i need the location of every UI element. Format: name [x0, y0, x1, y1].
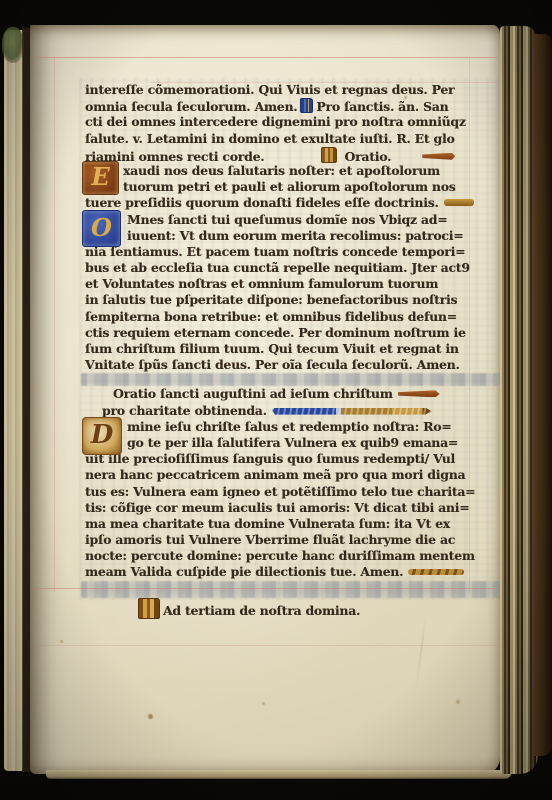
line-text: pro charitate obtinenda. [102, 403, 267, 418]
line-text: intereſſe cõmemorationi. Qui Viuis et re… [85, 82, 454, 97]
illuminated-initial-E: E [82, 161, 119, 195]
text-line: bus et ab eccleſia tua cunctã repelle ne… [85, 260, 499, 276]
text-line: iuuent: Vt dum eorum merita recolimus: p… [85, 228, 499, 244]
text-line: ſempiterna bona retribue: et omnibus fid… [85, 309, 499, 325]
line-text: ma mea charitate tua domine Vulnerata ſu… [85, 516, 450, 531]
line-text: omnia ſecula ſeculorum. Amen. [85, 99, 297, 114]
line-text: Oratio ſancti auguſtini ad ieſum chriſtu… [113, 386, 393, 401]
text-line: ipſo amoris tui Vulnere Vberrime fluãt l… [85, 532, 499, 548]
text-block: intereſſe cõmemorationi. Qui Viuis et re… [85, 82, 499, 614]
show-through-band [81, 581, 503, 598]
line-filler-bluegold [272, 408, 432, 415]
line-text: iuuent: Vt dum eorum merita recolimus: p… [127, 228, 463, 243]
text-line: riamini omnes recti corde. Oratio. [85, 147, 499, 163]
text-line: Mnes ſancti tui queſumus domĩe nos Vbiqz… [85, 212, 499, 228]
text-line: tis: cõfige cor meum iaculis tui amoris:… [85, 500, 499, 516]
text-line: in ſalutis tue pſperitate diſpone: benef… [85, 292, 499, 308]
ruling-line [34, 588, 497, 589]
paragraph-mark-gold-icon [321, 147, 337, 163]
text-line: mine ieſu chriſte ſalus et redemptio noſ… [85, 419, 499, 435]
leather-cover-edge [534, 34, 552, 756]
text-line: Vnitate ſpũs ſancti deus. Per oĩa ſecula… [85, 357, 499, 373]
line-filler-rust [398, 390, 440, 397]
line-text: ſum chriſtum filium tuum. Qui tecum Viui… [85, 341, 459, 356]
line-text: tus es: Vulnera eam igneo et potẽtiſſimo… [85, 484, 475, 499]
text-line: pro charitate obtinenda. [85, 403, 499, 419]
line-text: Vnitate ſpũs ſancti deus. Per oĩa ſecula… [85, 357, 460, 372]
endband-green [2, 27, 24, 63]
text-line: et Voluntates noſtras et omnium famuloru… [85, 276, 499, 292]
paragraph-mark-blue-icon [300, 98, 313, 113]
ruling-line [54, 57, 55, 592]
text-line: tus es: Vulnera eam igneo et potẽtiſſimo… [85, 484, 499, 500]
fore-edge-page-stack [500, 26, 538, 774]
gutter-page-edges [4, 30, 23, 771]
show-through-band [81, 373, 503, 386]
line-text: tuere preſidiis quorum donaſti fideles e… [85, 195, 439, 210]
text-line: nia ſentiamus. Et pacem tuam noſtris con… [85, 244, 499, 260]
line-text: cti dei omnes intercedere dignemini pro … [85, 114, 466, 129]
text-line: ctis requiem eternam concede. Per dominu… [85, 325, 499, 341]
line-text: xaudi nos deus ſalutaris noſter: et apoſ… [123, 163, 440, 178]
parchment-stain [262, 702, 265, 705]
parchment-stain [60, 640, 63, 643]
bottom-page-edge [46, 770, 512, 779]
text-line: nera hanc peccatricem animam meã pro qua… [85, 467, 499, 483]
parchment-stain [456, 700, 460, 704]
line-text: Mnes ſancti tui queſumus domĩe nos Vbiqz… [127, 212, 447, 227]
parchment-stain [404, 96, 407, 99]
text-line: tuere preſidiis quorum donaſti fideles e… [85, 195, 499, 211]
ruling-line [150, 82, 497, 83]
manuscript-page: intereſſe cõmemorationi. Qui Viuis et re… [30, 24, 500, 774]
line-text: tuorum petri et pauli et aliorum apoſtol… [123, 179, 456, 194]
line-text: ipſo amoris tui Vulnere Vberrime fluãt l… [85, 532, 455, 547]
ruling-line [36, 645, 497, 646]
line-text: nocte: percute domine: percute hanc duri… [85, 548, 475, 563]
line-filler-rust [422, 153, 455, 160]
line-text: uit ille precioſiſſimus ſanguis quo ſumu… [85, 451, 455, 466]
ruling-line [36, 57, 497, 58]
text-line: meam Valida cuſpide pie dilectionis tue.… [85, 564, 499, 580]
text-line: ſalute. v. Letamini in domino et exultat… [85, 131, 499, 147]
line-text: nera hanc peccatricem animam meã pro qua… [85, 467, 465, 482]
line-text: Oratio. [340, 149, 391, 164]
paragraph-mark-goldbig-icon [138, 598, 160, 619]
line-text: Ad tertiam de noſtra domina. [163, 603, 360, 618]
ruling-line [469, 57, 470, 592]
text-line: ma mea charitate tua domine Vulnerata ſu… [85, 516, 499, 532]
text-line: ſum chriſtum filium tuum. Qui tecum Viui… [85, 341, 499, 357]
background-bottom [0, 779, 552, 800]
line-text: ſalute. v. Letamini in domino et exultat… [85, 131, 455, 146]
text-line: xaudi nos deus ſalutaris noſter: et apoſ… [85, 163, 499, 179]
line-text: et Voluntates noſtras et omnium famuloru… [85, 276, 438, 291]
line-text: mine ieſu chriſte ſalus et redemptio noſ… [127, 419, 451, 434]
text-line: go te per illa ſalutifera Vulnera ex qui… [85, 435, 499, 451]
line-text: ctis requiem eternam concede. Per dominu… [85, 325, 466, 340]
line-text: nia ſentiamus. Et pacem tuam noſtris con… [85, 244, 465, 259]
line-text: meam Valida cuſpide pie dilectionis tue.… [85, 564, 403, 579]
line-text: Pro ſanctis. ãn. San [316, 99, 448, 114]
text-line: intereſſe cõmemorationi. Qui Viuis et re… [85, 82, 499, 98]
line-text: in ſalutis tue pſperitate diſpone: benef… [85, 292, 457, 307]
book-photo: intereſſe cõmemorationi. Qui Viuis et re… [0, 0, 552, 800]
text-line: nocte: percute domine: percute hanc duri… [85, 548, 499, 564]
text-line: tuorum petri et pauli et aliorum apoſtol… [85, 179, 499, 195]
line-text: go te per illa ſalutifera Vulnera ex qui… [127, 435, 458, 450]
line-text: tis: cõfige cor meum iaculis tui amoris:… [85, 500, 469, 515]
text-line: Ad tertiam de noſtra domina. [85, 598, 499, 614]
text-line: cti dei omnes intercedere dignemini pro … [85, 114, 499, 130]
text-line: Oratio ſancti auguſtini ad ieſum chriſtu… [85, 386, 499, 402]
background-top [0, 0, 552, 25]
illuminated-initial-O: O [82, 210, 121, 247]
line-filler-squiggle [408, 569, 464, 575]
parchment-stain [148, 714, 153, 719]
text-line: uit ille precioſiſſimus ſanguis quo ſumu… [85, 451, 499, 467]
line-text: bus et ab eccleſia tua cunctã repelle ne… [85, 260, 470, 275]
text-line: omnia ſecula ſeculorum. Amen.Pro ſanctis… [85, 98, 499, 114]
line-text: ſempiterna bona retribue: et omnibus fid… [85, 309, 457, 324]
illuminated-initial-D: D [82, 417, 122, 455]
